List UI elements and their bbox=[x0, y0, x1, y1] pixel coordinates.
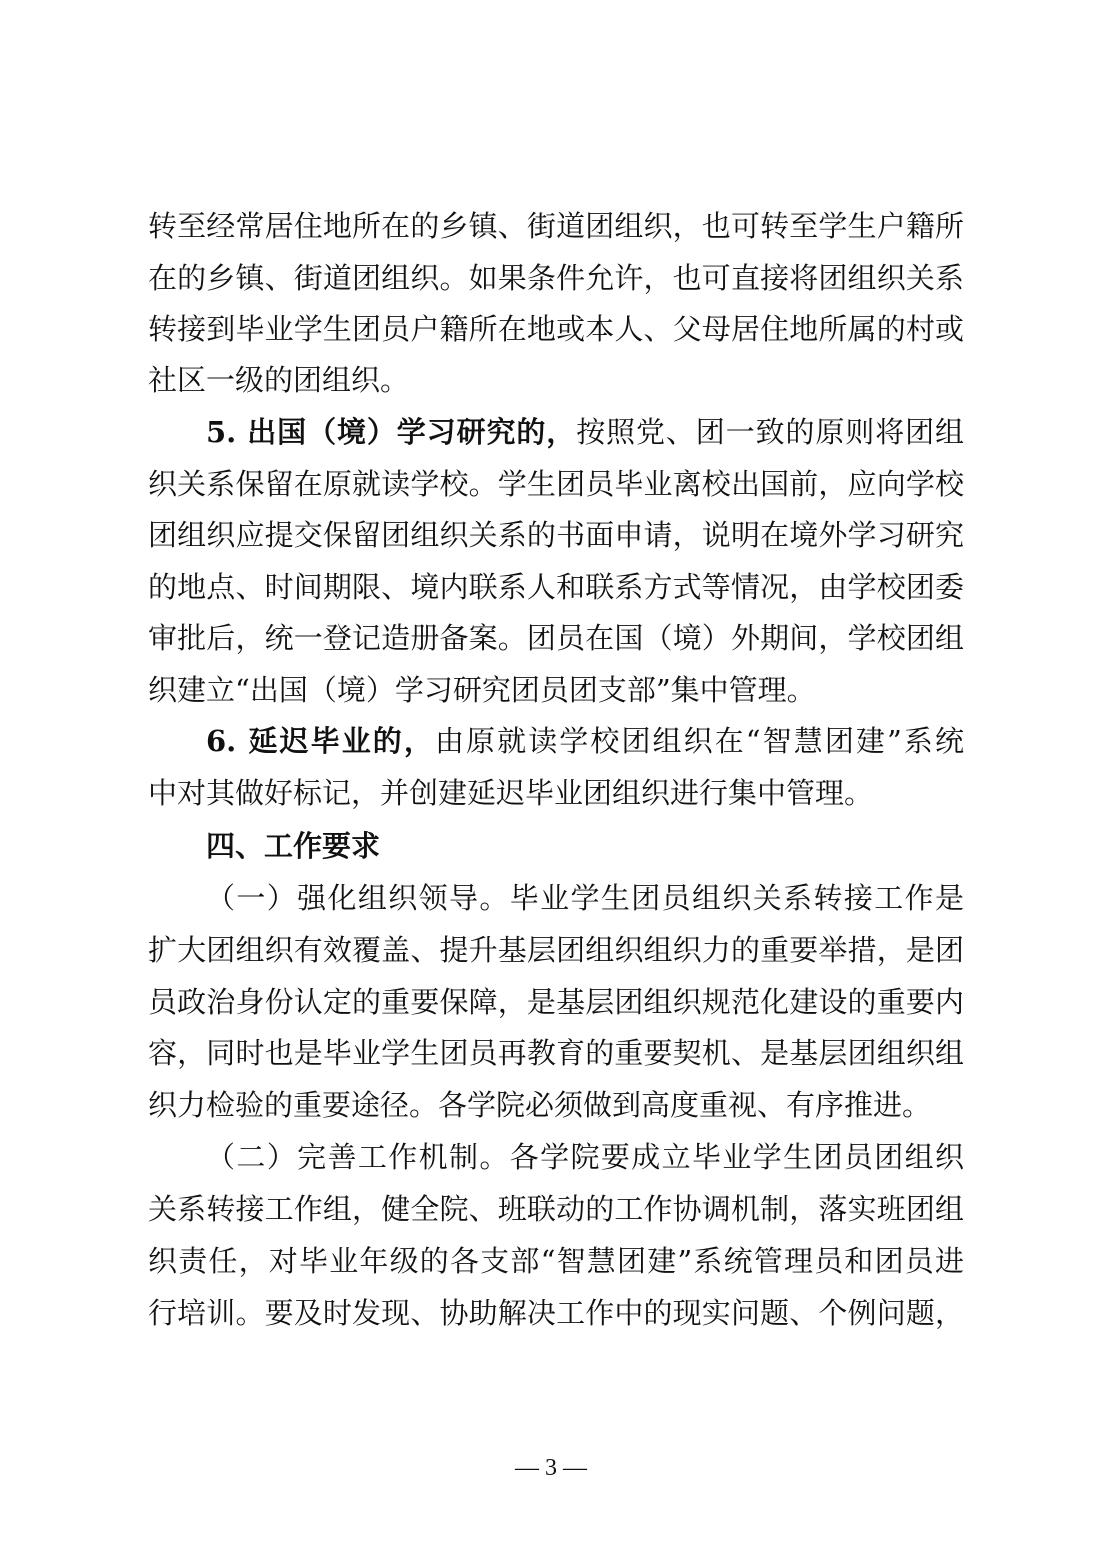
paragraph-line: 行培训。要及时发现、协助解决工作中的现实问题、个例问题， bbox=[148, 1293, 964, 1333]
item-5-text: 按照党、团一致的原则将团组 bbox=[576, 415, 964, 449]
paragraph-line: 在的乡镇、街道团组织。如果条件允许，也可直接将团组织关系 bbox=[148, 258, 964, 298]
subsection-1-line: （一）强化组织领导。毕业学生团员组织关系转接工作是 bbox=[206, 878, 964, 918]
paragraph-line: 审批后，统一登记造册备案。团员在国（境）外期间，学校团组 bbox=[148, 618, 964, 658]
paragraph-line: 转至经常居住地所在的乡镇、街道团组织，也可转至学生户籍所 bbox=[148, 206, 964, 246]
paragraph-line: 织力检验的重要途径。各学院必须做到高度重视、有序推进。 bbox=[148, 1085, 964, 1125]
paragraph-line: 织建立“出国（境）学习研究团员团支部”集中管理。 bbox=[148, 670, 964, 710]
document-page: 转至经常居住地所在的乡镇、街道团组织，也可转至学生户籍所 在的乡镇、街道团组织。… bbox=[0, 0, 1102, 1559]
paragraph-line: 员政治身份认定的重要保障，是基层团组织规范化建设的重要内 bbox=[148, 982, 964, 1022]
paragraph-line: 社区一级的团组织。 bbox=[148, 360, 964, 400]
paragraph-line: 的地点、时间期限、境内联系人和联系方式等情况，由学校团委 bbox=[148, 567, 964, 607]
section-heading: 四、工作要求 bbox=[206, 826, 964, 866]
subsection-2-line: （二）完善工作机制。各学院要成立毕业学生团员团组织 bbox=[206, 1137, 964, 1177]
paragraph-line: 转接到毕业学生团员户籍所在地或本人、父母居住地所属的村或 bbox=[148, 309, 964, 349]
paragraph-line: 关系转接工作组，健全院、班联动的工作协调机制，落实班团组 bbox=[148, 1189, 964, 1229]
page-number: — 3 — bbox=[0, 1455, 1102, 1482]
paragraph-line: 织责任，对毕业年级的各支部“智慧团建”系统管理员和团员进 bbox=[148, 1241, 964, 1281]
paragraph-line: 团组织应提交保留团组织关系的书面申请，说明在境外学习研究 bbox=[148, 515, 964, 555]
item-5-title: 5. 出国（境）学习研究的， bbox=[206, 415, 576, 449]
item-5-line: 5. 出国（境）学习研究的，按照党、团一致的原则将团组 bbox=[206, 412, 964, 452]
item-6-line: 6. 延迟毕业的，由原就读学校团组织在“智慧团建”系统 bbox=[206, 721, 964, 761]
paragraph-line: 织关系保留在原就读学校。学生团员毕业离校出国前，应向学校 bbox=[148, 464, 964, 504]
paragraph-line: 扩大团组织有效覆盖、提升基层团组织组织力的重要举措，是团 bbox=[148, 930, 964, 970]
item-6-title: 6. 延迟毕业的， bbox=[206, 724, 435, 758]
item-6-text: 由原就读学校团组织在“智慧团建”系统 bbox=[435, 724, 964, 758]
paragraph-line: 容，同时也是毕业学生团员再教育的重要契机、是基层团组织组 bbox=[148, 1033, 964, 1073]
paragraph-line: 中对其做好标记，并创建延迟毕业团组织进行集中管理。 bbox=[148, 773, 964, 813]
